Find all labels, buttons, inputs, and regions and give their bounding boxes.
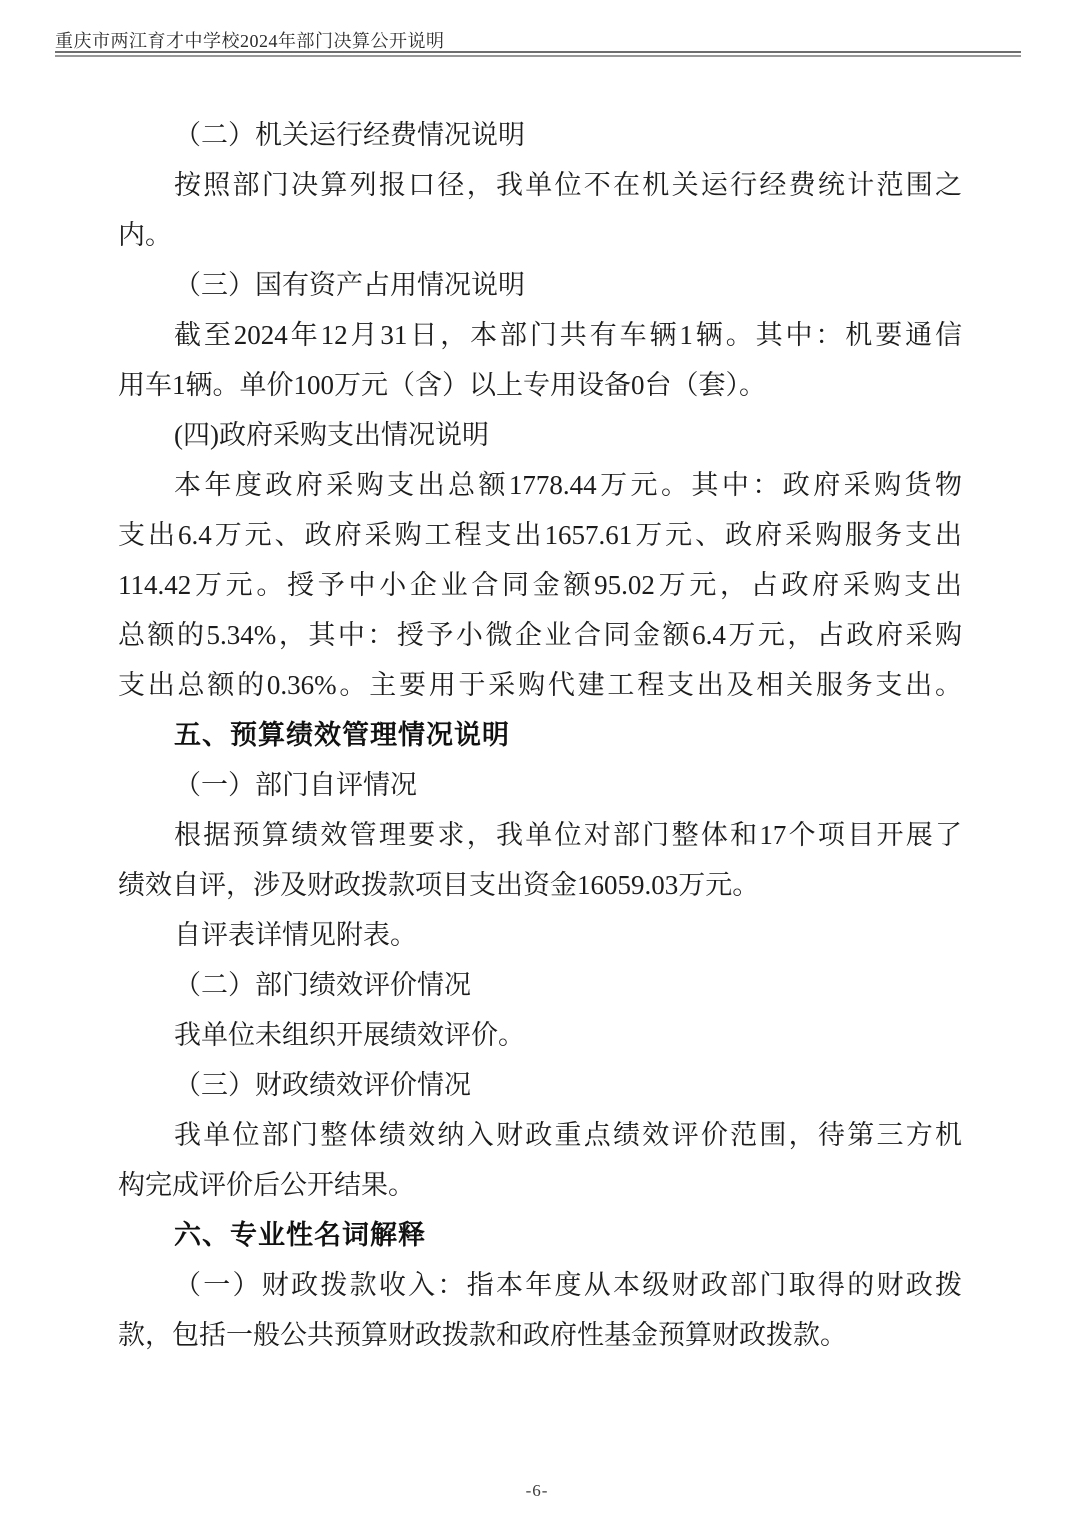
paragraph-line: 用车1辆。单价100万元（含）以上专用设备0台（套）。 bbox=[118, 360, 962, 410]
page-header-title: 重庆市两江育才中学校2024年部门决算公开说明 bbox=[55, 27, 445, 53]
subsection-heading-4-government-procurement: (四)政府采购支出情况说明 bbox=[118, 410, 962, 460]
paragraph-line: （一）财政拨款收入：指本年度从本级财政部门取得的财政拨 bbox=[118, 1260, 962, 1310]
section-heading-5-budget-performance: 五、预算绩效管理情况说明 bbox=[118, 710, 962, 760]
paragraph-line: 构完成评价后公开结果。 bbox=[118, 1160, 962, 1210]
subsection-heading-3-fiscal-performance-evaluation: （三）财政绩效评价情况 bbox=[118, 1060, 962, 1110]
paragraph-line: 总额的5.34%，其中：授予小微企业合同金额6.4万元，占政府采购 bbox=[118, 610, 962, 660]
paragraph-line: 款，包括一般公共预算财政拨款和政府性基金预算财政拨款。 bbox=[118, 1310, 962, 1360]
document-page: 重庆市两江育才中学校2024年部门决算公开说明 （二）机关运行经费情况说明按照部… bbox=[0, 0, 1074, 1520]
paragraph-line: 支出6.4万元、政府采购工程支出1657.61万元、政府采购服务支出 bbox=[118, 510, 962, 560]
footer-page-number: -6- bbox=[0, 1481, 1074, 1501]
paragraph-line: 内。 bbox=[118, 210, 962, 260]
paragraph-line: 绩效自评，涉及财政拨款项目支出资金16059.03万元。 bbox=[118, 860, 962, 910]
paragraph-line: 本年度政府采购支出总额1778.44万元。其中：政府采购货物 bbox=[118, 460, 962, 510]
subsection-heading-2-department-performance-evaluation: （二）部门绩效评价情况 bbox=[118, 960, 962, 1010]
paragraph-line: 自评表详情见附表。 bbox=[118, 910, 962, 960]
section-heading-6-terminology: 六、专业性名词解释 bbox=[118, 1210, 962, 1260]
subsection-heading-2-organ-operating-funds: （二）机关运行经费情况说明 bbox=[118, 110, 962, 160]
document-body: （二）机关运行经费情况说明按照部门决算列报口径，我单位不在机关运行经费统计范围之… bbox=[118, 110, 962, 1360]
paragraph-line: 我单位未组织开展绩效评价。 bbox=[118, 1010, 962, 1060]
paragraph-line: 我单位部门整体绩效纳入财政重点绩效评价范围，待第三方机 bbox=[118, 1110, 962, 1160]
paragraph-line: 支出总额的0.36%。主要用于采购代建工程支出及相关服务支出。 bbox=[118, 660, 962, 710]
paragraph-line: 根据预算绩效管理要求，我单位对部门整体和17个项目开展了 bbox=[118, 810, 962, 860]
subsection-heading-3-state-owned-assets: （三）国有资产占用情况说明 bbox=[118, 260, 962, 310]
header-divider-rule bbox=[55, 51, 1021, 57]
paragraph-line: 114.42万元。授予中小企业合同金额95.02万元，占政府采购支出 bbox=[118, 560, 962, 610]
paragraph-line: 按照部门决算列报口径，我单位不在机关运行经费统计范围之 bbox=[118, 160, 962, 210]
subsection-heading-1-department-self-evaluation: （一）部门自评情况 bbox=[118, 760, 962, 810]
paragraph-line: 截至2024年12月31日，本部门共有车辆1辆。其中：机要通信 bbox=[118, 310, 962, 360]
